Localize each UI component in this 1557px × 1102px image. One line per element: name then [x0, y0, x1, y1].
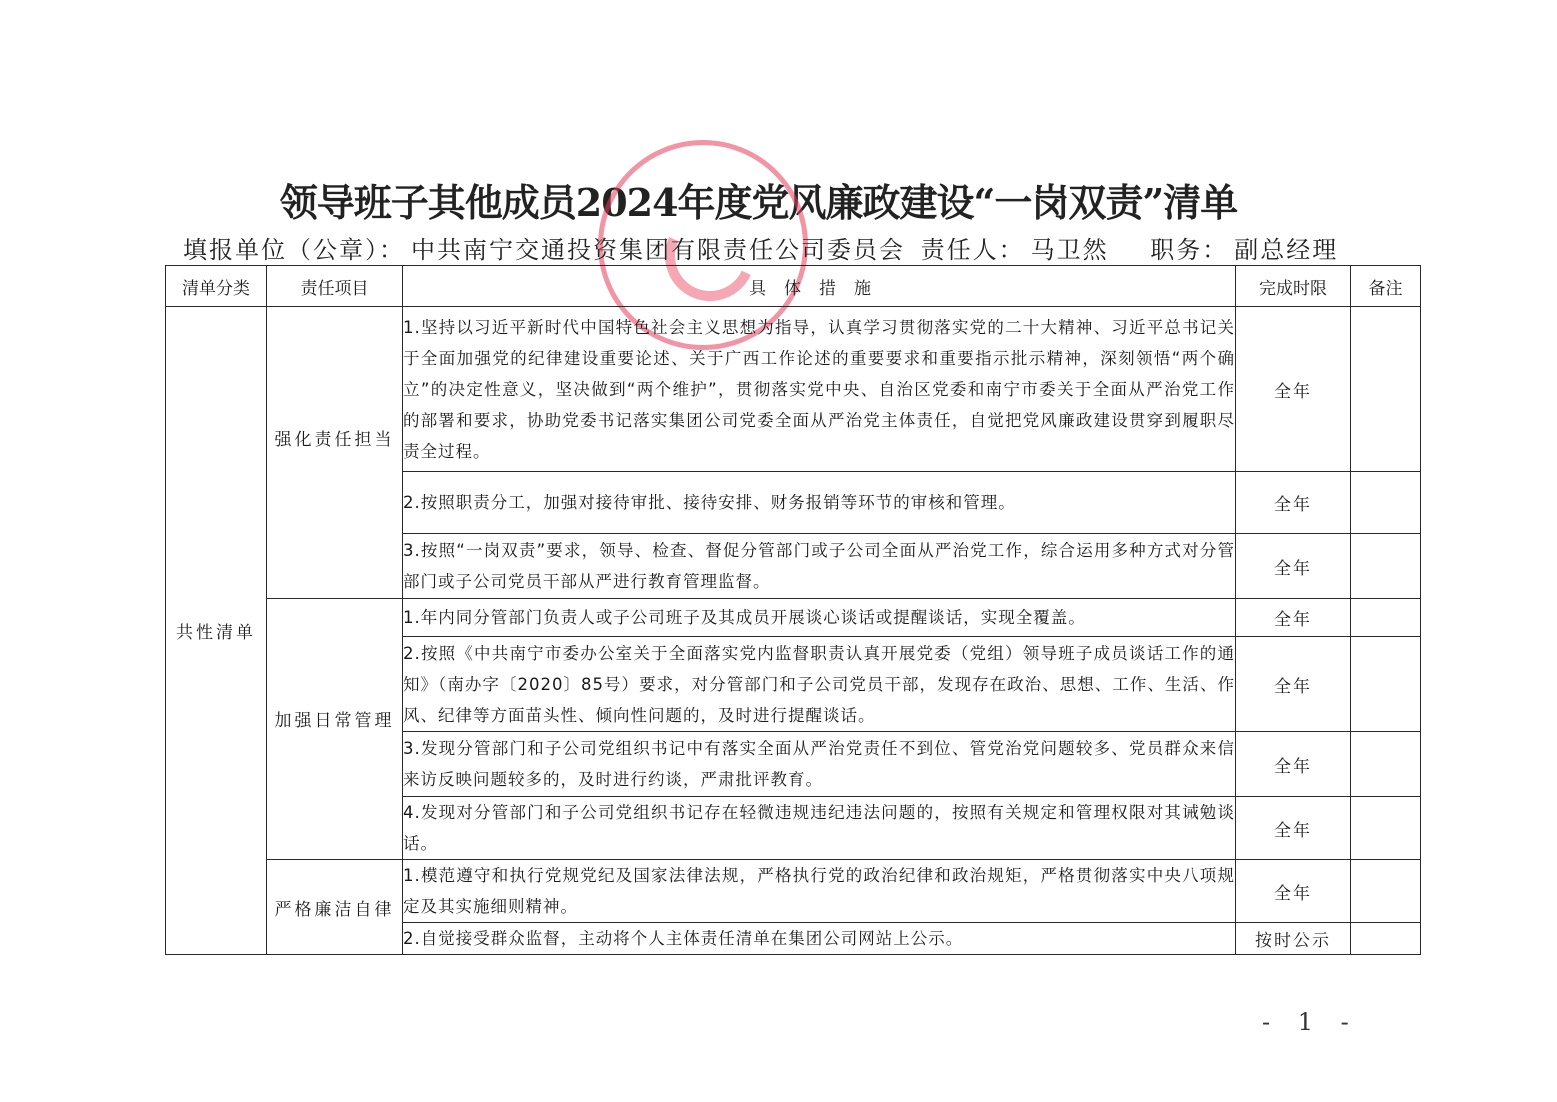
responsibility-item-cell: 严格廉洁自律	[267, 860, 403, 955]
table-header-row: 清单分类 责任项目 具体措施 完成时限 备注	[166, 266, 1421, 307]
note-cell	[1351, 307, 1421, 472]
header-item: 责任项目	[267, 266, 403, 307]
measure-cell: 2.按照职责分工，加强对接待审批、接待安排、财务报销等环节的审核和管理。	[403, 472, 1236, 534]
header-note: 备注	[1351, 266, 1421, 307]
measure-cell: 4.发现对分管部门和子公司党组织书记存在轻微违规违纪违法问题的，按照有关规定和管…	[403, 797, 1236, 860]
page-number: - 1 -	[1262, 1008, 1359, 1036]
note-cell	[1351, 860, 1421, 923]
note-cell	[1351, 534, 1421, 599]
note-cell	[1351, 797, 1421, 860]
fill-info-line: 填报单位（公章）：中共南宁交通投资集团有限责任公司委员会 责任人：马卫然 职务：…	[183, 230, 1344, 265]
deadline-cell: 全年	[1236, 472, 1351, 534]
document-title: 领导班子其他成员2024年度党风廉政建设“一岗双责”清单	[0, 172, 1517, 227]
fill-unit-label: 填报单位（公章）：	[183, 236, 405, 264]
table-row: 严格廉洁自律1.模范遵守和执行党规党纪及国家法律法规，严格执行党的政治纪律和政治…	[166, 860, 1421, 923]
deadline-cell: 全年	[1236, 599, 1351, 637]
measure-cell: 1.坚持以习近平新时代中国特色社会主义思想为指导，认真学习贯彻落实党的二十大精神…	[403, 307, 1236, 472]
header-category: 清单分类	[166, 266, 267, 307]
responsible-value: 马卫然	[1031, 236, 1109, 264]
deadline-cell: 全年	[1236, 860, 1351, 923]
deadline-cell: 全年	[1236, 637, 1351, 732]
position-value: 副总经理	[1234, 236, 1338, 264]
deadline-cell: 全年	[1236, 307, 1351, 472]
note-cell	[1351, 472, 1421, 534]
responsibility-item-cell: 强化责任担当	[267, 307, 403, 599]
position-label: 职务：	[1150, 236, 1228, 264]
deadline-cell: 全年	[1236, 534, 1351, 599]
deadline-cell: 全年	[1236, 797, 1351, 860]
header-measures: 具体措施	[403, 266, 1236, 307]
note-cell	[1351, 599, 1421, 637]
responsible-label: 责任人：	[921, 236, 1025, 264]
note-cell	[1351, 637, 1421, 732]
measure-cell: 2.自觉接受群众监督，主动将个人主体责任清单在集团公司网站上公示。	[403, 923, 1236, 955]
responsibility-table: 清单分类 责任项目 具体措施 完成时限 备注 共性清单强化责任担当1.坚持以习近…	[165, 265, 1421, 955]
category-cell: 共性清单	[166, 307, 267, 955]
table-row: 共性清单强化责任担当1.坚持以习近平新时代中国特色社会主义思想为指导，认真学习贯…	[166, 307, 1421, 472]
fill-unit-value: 中共南宁交通投资集团有限责任公司委员会	[411, 236, 905, 264]
measure-cell: 3.按照“一岗双责”要求，领导、检查、督促分管部门或子公司全面从严治党工作，综合…	[403, 534, 1236, 599]
measure-cell: 2.按照《中共南宁市委办公室关于全面落实党内监督职责认真开展党委（党组）领导班子…	[403, 637, 1236, 732]
note-cell	[1351, 732, 1421, 797]
responsibility-item-cell: 加强日常管理	[267, 599, 403, 860]
deadline-cell: 全年	[1236, 732, 1351, 797]
table-row: 加强日常管理1.年内同分管部门负责人或子公司班子及其成员开展谈心谈话或提醒谈话，…	[166, 599, 1421, 637]
deadline-cell: 按时公示	[1236, 923, 1351, 955]
measure-cell: 3.发现分管部门和子公司党组织书记中有落实全面从严治党责任不到位、管党治党问题较…	[403, 732, 1236, 797]
measure-cell: 1.年内同分管部门负责人或子公司班子及其成员开展谈心谈话或提醒谈话，实现全覆盖。	[403, 599, 1236, 637]
measure-cell: 1.模范遵守和执行党规党纪及国家法律法规，严格执行党的政治纪律和政治规矩，严格贯…	[403, 860, 1236, 923]
note-cell	[1351, 923, 1421, 955]
header-deadline: 完成时限	[1236, 266, 1351, 307]
